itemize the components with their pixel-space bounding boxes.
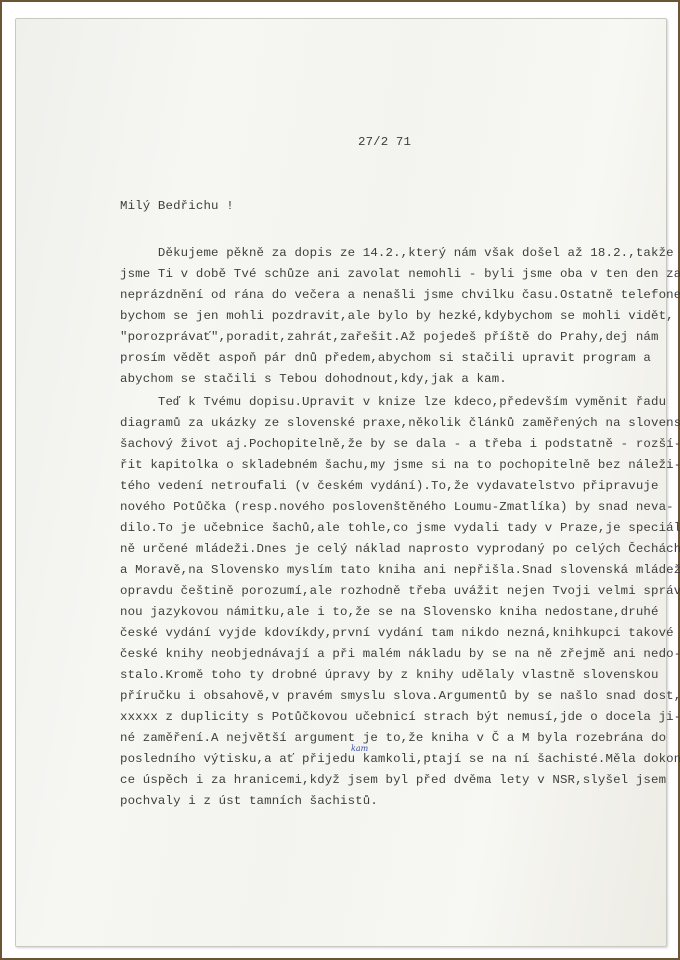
body-line: šachový život aj.Pochopitelně,že by se d… xyxy=(120,437,680,451)
body-line: nového Potůčka (resp.nového poslovenštěn… xyxy=(120,500,674,514)
body-line: Děkujeme pěkně za dopis ze 14.2.,který n… xyxy=(120,246,674,260)
body-line: neprázdnění od rána do večera a nenašli … xyxy=(120,288,680,302)
body-line: ce úspěch i za hranicemi,když jsem byl p… xyxy=(120,773,666,787)
body-line: české vydání vyjde kdovíkdy,první vydání… xyxy=(120,626,674,640)
body-line: posledního výtisku,a ať přijedu kamkoli,… xyxy=(120,752,680,766)
body-line: ně určené mládeži.Dnes je celý náklad na… xyxy=(120,542,680,556)
body-line: bychom se jen mohli pozdravit,ale bylo b… xyxy=(120,309,674,323)
body-line: stalo.Kromě toho ty drobné úpravy by z k… xyxy=(120,668,659,682)
body-line: prosím vědět aspoň pár dnů předem,abycho… xyxy=(120,351,651,365)
body-line: diagramů za ukázky ze slovenské praxe,ně… xyxy=(120,416,680,430)
body-line: abychom se stačili s Tebou dohodnout,kdy… xyxy=(120,372,507,386)
body-line: české knihy neobjednávají a při malém ná… xyxy=(120,647,680,661)
body-line: "porozprávať",poradit,zahrát,zařešit.Až … xyxy=(120,330,659,344)
body-line: příručku i obsahově,v pravém smyslu slov… xyxy=(120,689,680,703)
photo-frame: 27/2 71 Milý Bedřichu ! Děkujeme pěkně z… xyxy=(0,0,680,960)
body-line: řit kapitolka o skladebném šachu,my jsme… xyxy=(120,458,680,472)
body-line: né zaměření.A největší argument je to,že… xyxy=(120,731,666,745)
letter-greeting: Milý Bedřichu ! xyxy=(120,199,234,213)
body-line: a Moravě,na Slovensko myslím tato kniha … xyxy=(120,563,680,577)
body-line: Teď k Tvému dopisu.Upravit v knize lze k… xyxy=(120,395,666,409)
body-line: pochvaly i z úst tamních šachistů. xyxy=(120,794,378,808)
body-line: xxxxx z duplicity s Potůčkovou učebnicí … xyxy=(120,710,680,724)
body-line: dilo.To je učebnice šachů,ale tohle,co j… xyxy=(120,521,680,535)
body-line: nou jazykovou námitku,ale i to,že se na … xyxy=(120,605,659,619)
body-line: tého vedení netroufali (v českém vydání)… xyxy=(120,479,659,493)
letter-date: 27/2 71 xyxy=(358,135,411,149)
body-line: opravdu češtině porozumí,ale rozhodně tř… xyxy=(120,584,680,598)
body-line: jsme Ti v době Tvé schůze ani zavolat ne… xyxy=(120,267,680,281)
letter-paper: 27/2 71 Milý Bedřichu ! Děkujeme pěkně z… xyxy=(15,18,667,947)
handwritten-insertion: kam xyxy=(351,744,368,753)
